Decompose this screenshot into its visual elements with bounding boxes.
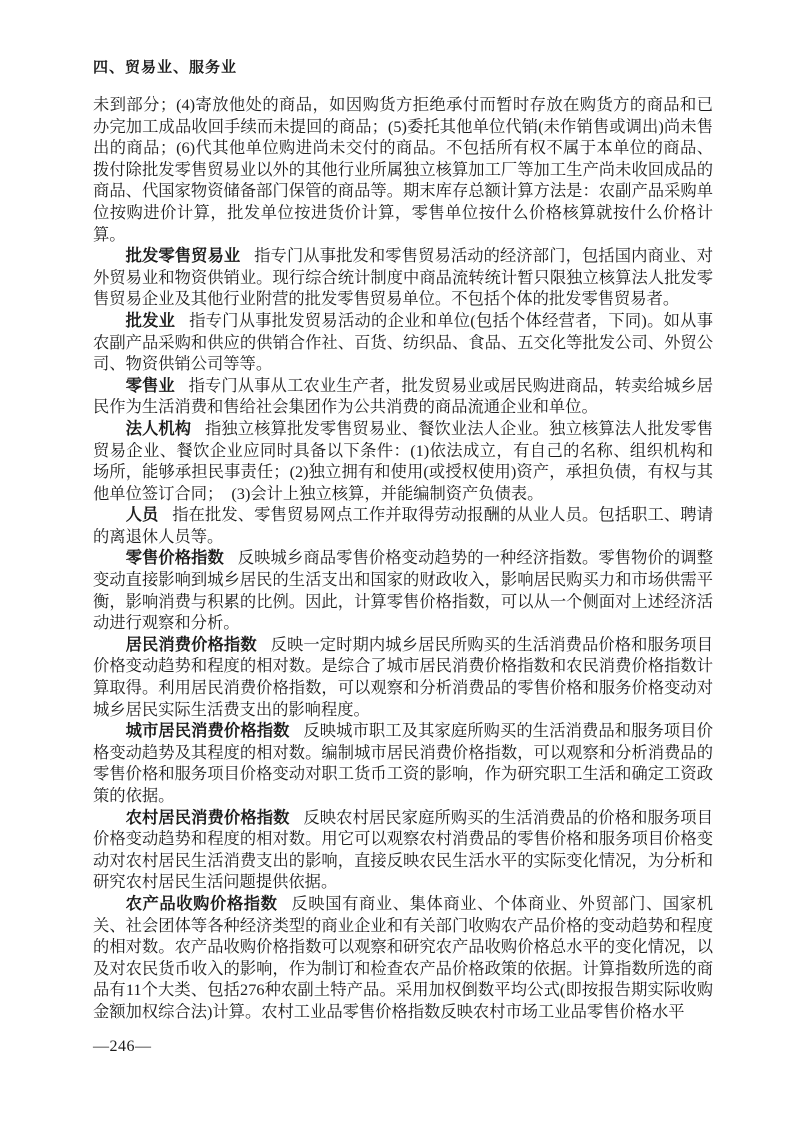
term-label: 人员 xyxy=(126,505,159,524)
term-label: 零售业 xyxy=(126,376,175,395)
paragraph-rural-consumer-price-index: 农村居民消费价格指数反映农村居民家庭所购买的生活消费品的价格和服务项目价格变动趋… xyxy=(93,807,713,893)
paragraph-wholesale-retail-trade: 批发零售贸易业指专门从事批发和零售贸易活动的经济部门，包括国内商业、对外贸易业和… xyxy=(93,245,713,310)
page-number: —246— xyxy=(93,1038,152,1056)
term-label: 农村居民消费价格指数 xyxy=(126,808,290,827)
paragraph-farm-product-purchase-price-index: 农产品收购价格指数反映国有商业、集体商业、个体商业、外贸部门、国家机关、社会团体… xyxy=(93,893,713,1023)
paragraph-text: 指在批发、零售贸易网点工作并取得劳动报酬的从业人员。包括职工、聘请的离退休人员等… xyxy=(93,505,713,546)
term-label: 批发零售贸易业 xyxy=(126,246,241,265)
paragraph-personnel: 人员指在批发、零售贸易网点工作并取得劳动报酬的从业人员。包括职工、聘请的离退休人… xyxy=(93,504,713,547)
paragraph-consumer-price-index: 居民消费价格指数反映一定时期内城乡居民所购买的生活消费品价格和服务项目价格变动趋… xyxy=(93,634,713,720)
paragraph-text: 反映国有商业、集体商业、个体商业、外贸部门、国家机关、社会团体等各种经济类型的商… xyxy=(93,894,713,1021)
document-page: 四、贸易业、服务业 未到部分；(4)寄放他处的商品，如因购货方拒绝承付而暂时存放… xyxy=(0,0,793,1122)
paragraph-retail-price-index: 零售价格指数反映城乡商品零售价格变动趋势的一种经济指数。零售物价的调整变动直接影… xyxy=(93,547,713,633)
paragraph-text: 指专门从事批发贸易活动的企业和单位(包括个体经营者，下同)。如从事农副产品采购和… xyxy=(93,311,713,373)
term-label: 农产品收购价格指数 xyxy=(126,894,278,913)
paragraph-retail-industry: 零售业指专门从事从工农业生产者，批发贸易业或居民购进商品，转卖给城乡居民作为生活… xyxy=(93,375,713,418)
term-label: 零售价格指数 xyxy=(126,548,224,567)
paragraph-continuation: 未到部分；(4)寄放他处的商品，如因购货方拒绝承付而暂时存放在购货方的商品和已办… xyxy=(93,94,713,245)
paragraph-text: 指专门从事从工农业生产者，批发贸易业或居民购进商品，转卖给城乡居民作为生活消费和… xyxy=(93,376,713,417)
term-label: 批发业 xyxy=(126,311,176,330)
term-label: 城市居民消费价格指数 xyxy=(126,721,290,740)
section-header: 四、贸易业、服务业 xyxy=(93,56,237,77)
term-label: 法人机构 xyxy=(126,419,192,438)
paragraph-legal-entity: 法人机构指独立核算批发零售贸易业、餐饮业法人企业。独立核算法人批发零售贸易企业、… xyxy=(93,418,713,504)
body-text: 未到部分；(4)寄放他处的商品，如因购货方拒绝承付而暂时存放在购货方的商品和已办… xyxy=(93,94,713,1023)
paragraph-wholesale-industry: 批发业指专门从事批发贸易活动的企业和单位(包括个体经营者，下同)。如从事农副产品… xyxy=(93,310,713,375)
paragraph-text: 未到部分；(4)寄放他处的商品，如因购货方拒绝承付而暂时存放在购货方的商品和已办… xyxy=(93,95,713,244)
paragraph-urban-consumer-price-index: 城市居民消费价格指数反映城市职工及其家庭所购买的生活消费品和服务项目价格变动趋势… xyxy=(93,720,713,806)
term-label: 居民消费价格指数 xyxy=(126,635,257,654)
